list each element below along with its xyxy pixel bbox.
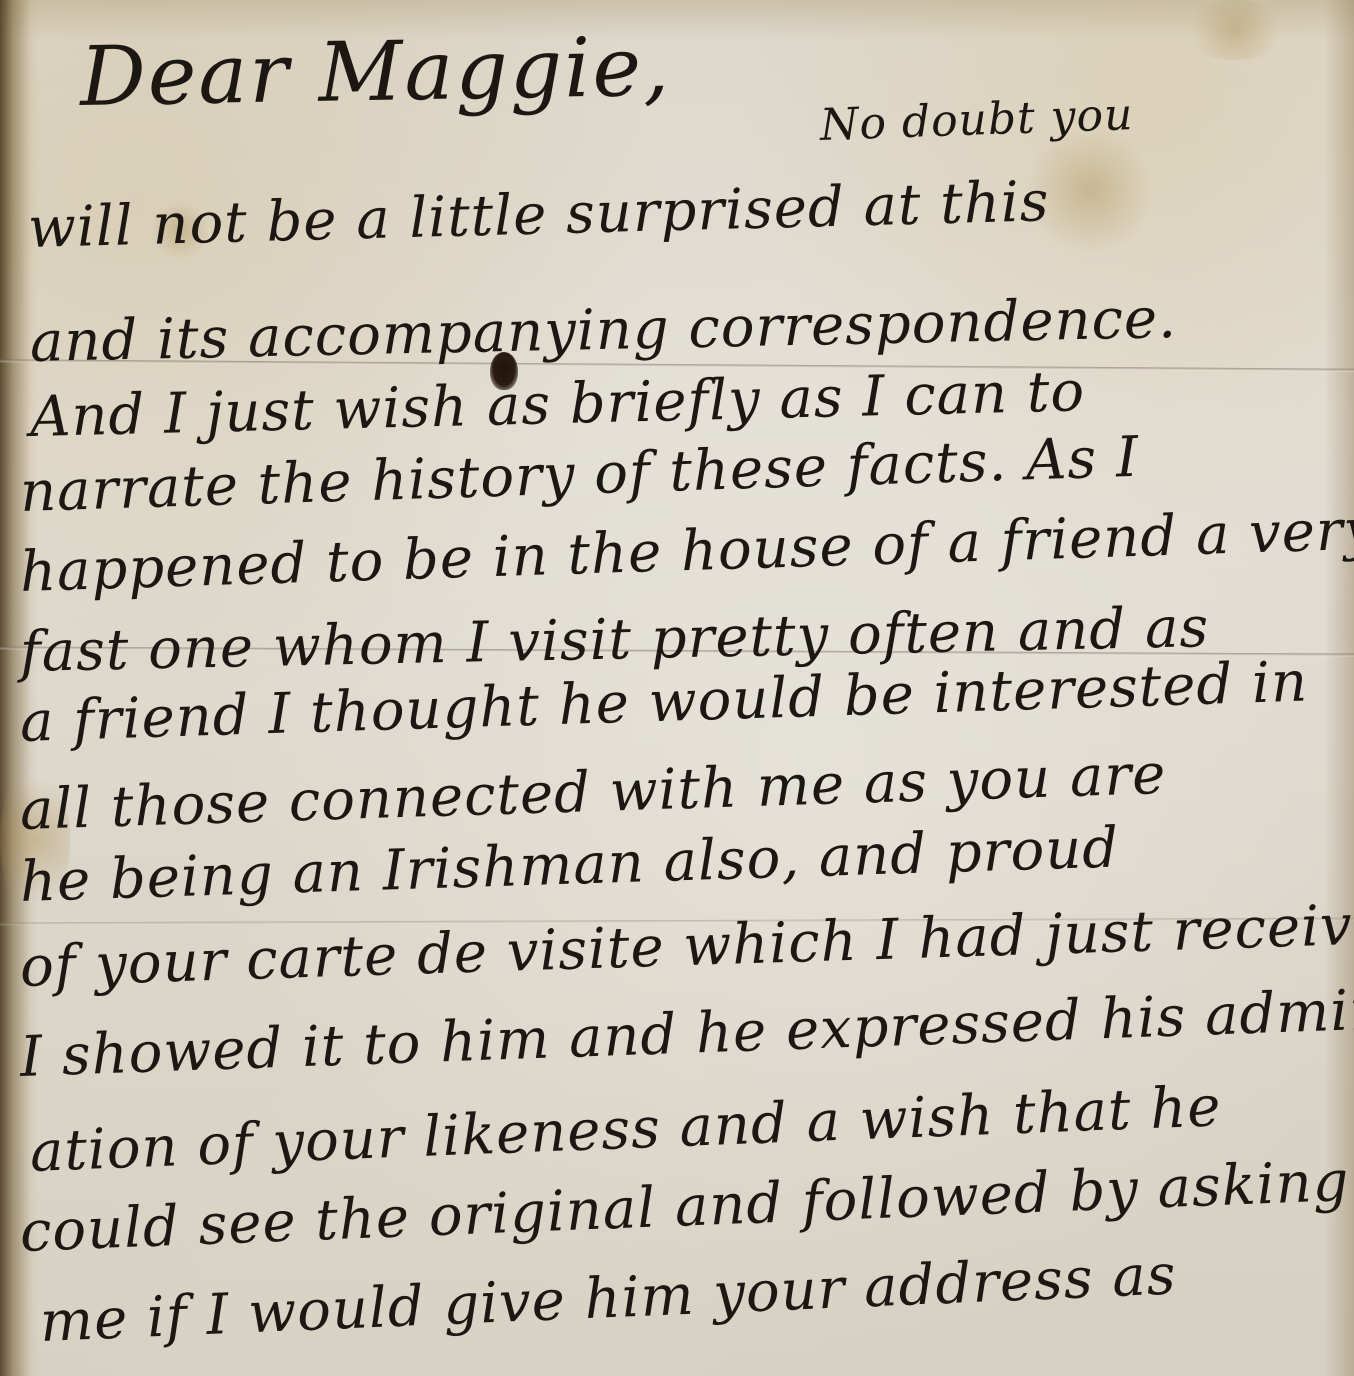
letter-line: I showed it to him and he expressed his …: [19, 977, 1354, 1090]
letter-salutation: Dear Maggie,: [79, 20, 672, 125]
letter-line: will not be a little surprised at this: [27, 169, 1050, 261]
letter-page: Dear Maggie, No doubt you will not be a …: [0, 0, 1354, 1376]
letter-line: No doubt you: [819, 89, 1134, 151]
letter-body: Dear Maggie, No doubt you will not be a …: [0, 0, 1354, 1376]
letter-line: me if I would give him your address as: [39, 1242, 1178, 1355]
